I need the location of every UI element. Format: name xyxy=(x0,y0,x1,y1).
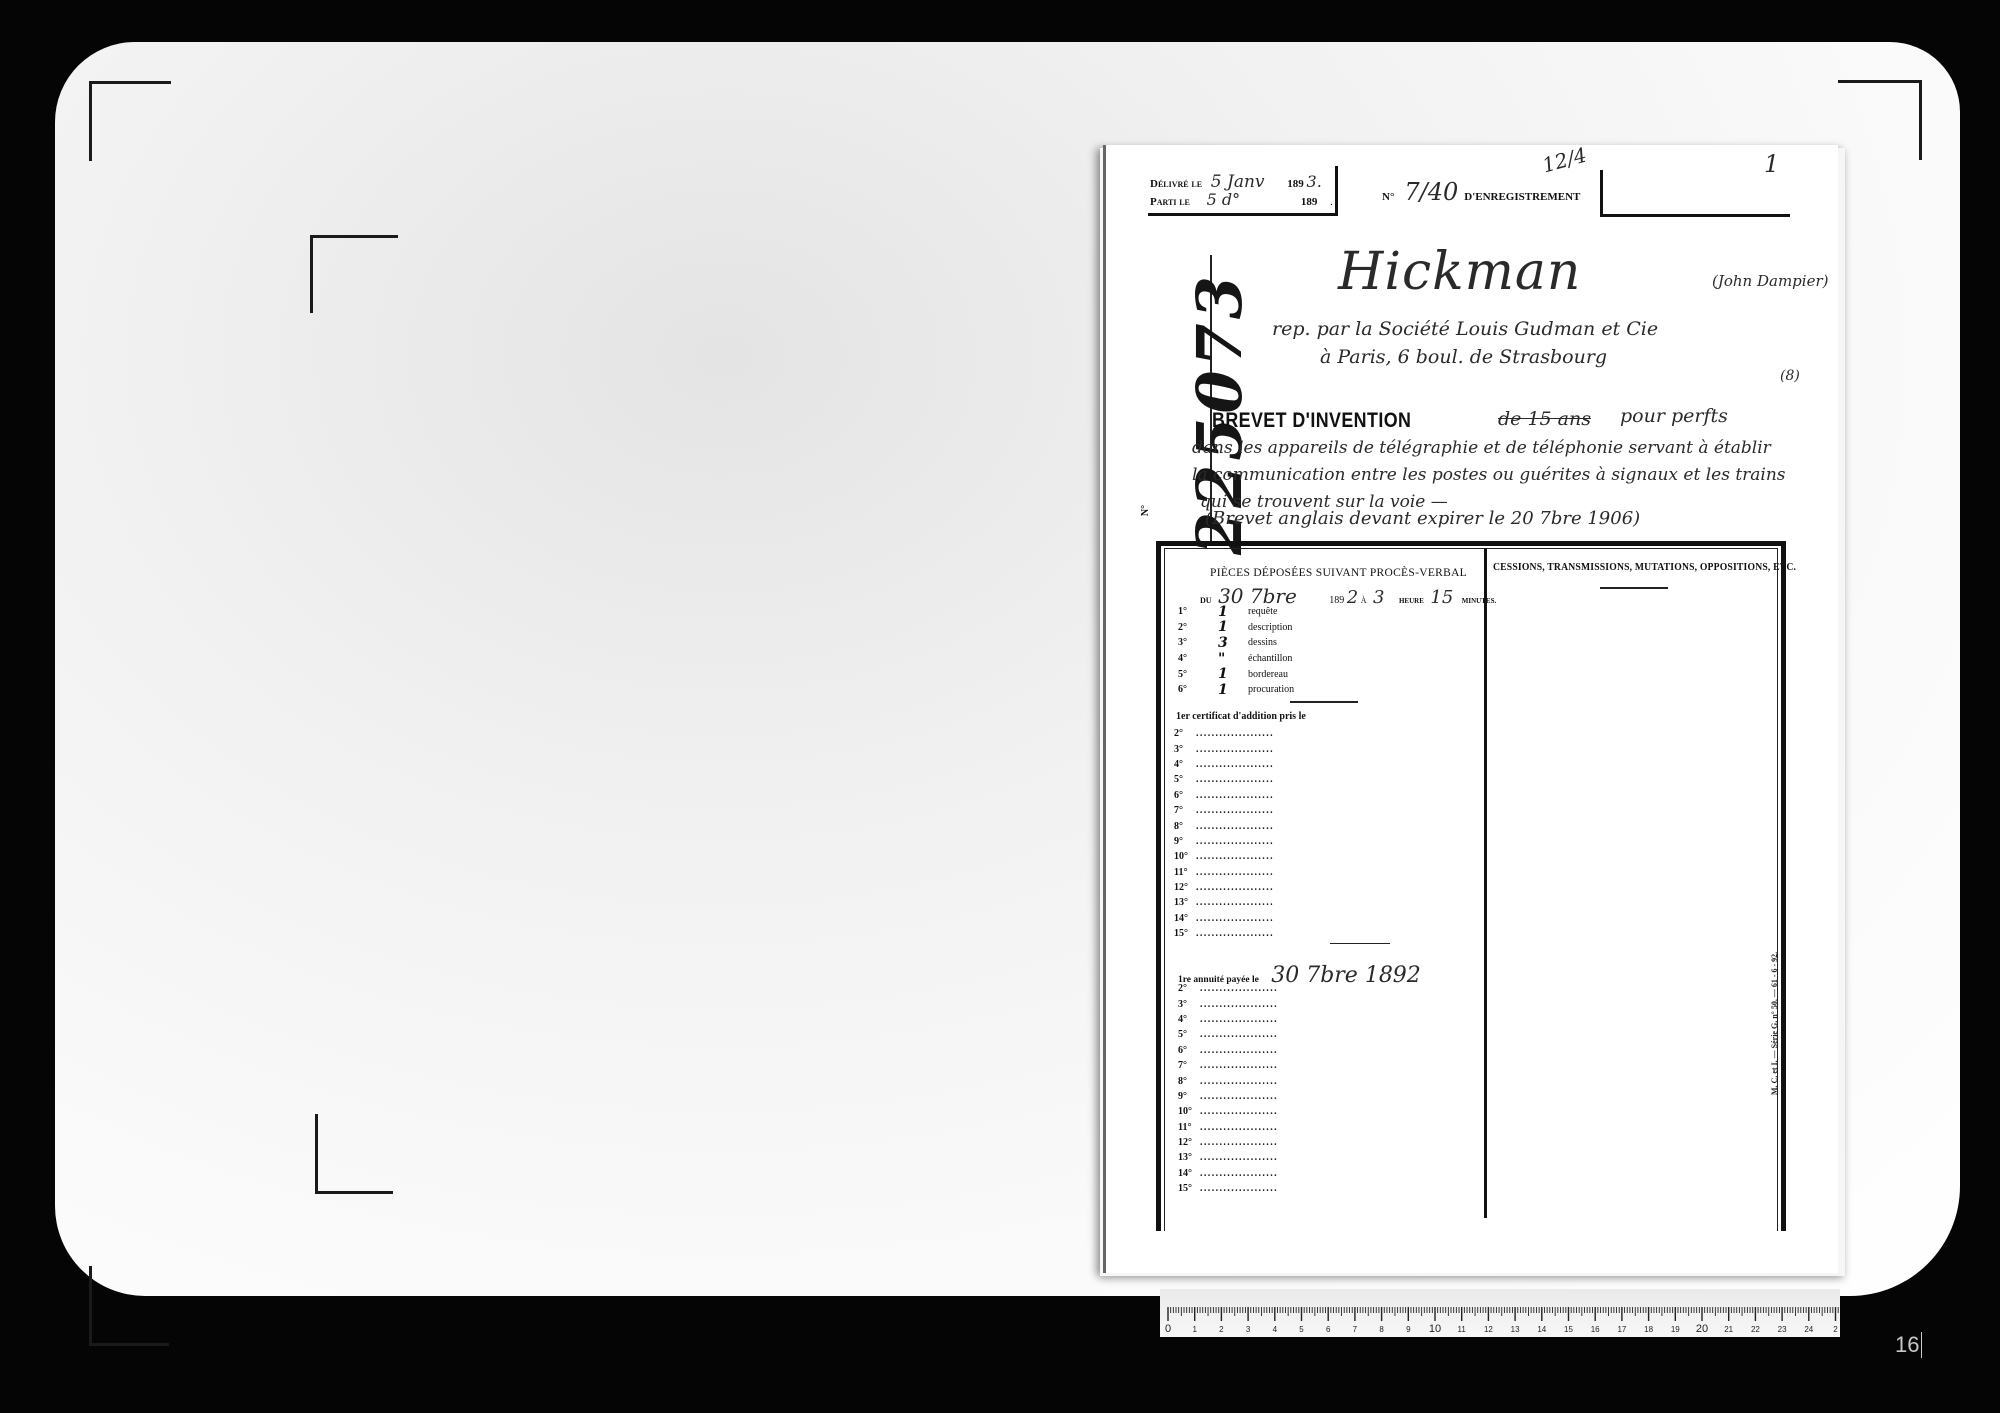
dotted-row: 7°.................... xyxy=(1178,1058,1278,1073)
parti-year-prefix: 189 xyxy=(1301,196,1318,208)
row-number: 8° xyxy=(1178,1076,1200,1087)
dot-leader: .................... xyxy=(1200,1152,1278,1163)
dotted-row: 3°.................... xyxy=(1178,996,1278,1011)
pieces-minutes-value: 15 xyxy=(1430,587,1453,608)
registration-box xyxy=(1600,170,1790,217)
row-number: 3° xyxy=(1178,999,1200,1010)
row-number: 7° xyxy=(1174,805,1196,816)
ruler-ticks: 0123456789101112131415161718192021222324… xyxy=(1160,1289,1840,1337)
svg-text:15: 15 xyxy=(1564,1325,1573,1334)
crop-mark-top-left-inner xyxy=(310,235,398,313)
dot-leader: .................... xyxy=(1196,728,1274,739)
row-number: 2° xyxy=(1174,728,1196,739)
crop-mark-bottom-left-outer xyxy=(89,1266,169,1346)
dot-leader: .................... xyxy=(1200,1060,1278,1071)
subject-line-1: dans les appareils de télégraphie et de … xyxy=(1192,438,1771,458)
svg-text:2: 2 xyxy=(1833,1325,1838,1334)
svg-text:18: 18 xyxy=(1644,1325,1653,1334)
parti-year-suffix: . xyxy=(1330,196,1333,208)
dotted-row: 13°.................... xyxy=(1178,1150,1278,1165)
crop-mark-top-right-outer xyxy=(1838,80,1922,160)
row-number: 9° xyxy=(1178,1091,1200,1102)
parti-value: 5 d° xyxy=(1207,190,1241,209)
certificat-first-label: 1er certificat d'addition pris le xyxy=(1176,711,1306,722)
dot-leader: .................... xyxy=(1200,999,1278,1010)
svg-text:13: 13 xyxy=(1511,1325,1520,1334)
dot-leader: .................... xyxy=(1200,1029,1278,1040)
dot-leader: .................... xyxy=(1196,744,1274,755)
annuite-first-value: 30 7bre 1892 xyxy=(1271,963,1421,988)
svg-text:10: 10 xyxy=(1429,1323,1441,1335)
subject-line-4: (Brevet anglais devant expirer le 20 7br… xyxy=(1205,508,1640,529)
row-number: 6° xyxy=(1174,790,1196,801)
dotted-row: 15°.................... xyxy=(1178,1181,1278,1196)
dot-leader: .................... xyxy=(1196,851,1274,862)
certificats-list: 2°....................3°................… xyxy=(1174,726,1274,941)
piece-num: 6° xyxy=(1178,684,1218,695)
delivre-row: Délivré le 5 Janv 189 3. xyxy=(1150,172,1322,192)
piece-row: 2°1description xyxy=(1178,620,1294,636)
dot-leader: .................... xyxy=(1200,1106,1278,1117)
delivre-label: Délivré le xyxy=(1150,178,1202,190)
row-number: 15° xyxy=(1174,928,1196,939)
dotted-row: 3°.................... xyxy=(1174,741,1274,756)
dot-leader: .................... xyxy=(1200,1168,1278,1179)
applicant-given-names: (John Dampier) xyxy=(1712,272,1828,290)
faint-page-number: 16 xyxy=(1895,1332,1922,1358)
dot-leader: .................... xyxy=(1200,1076,1278,1087)
dotted-row: 9°.................... xyxy=(1178,1089,1278,1104)
piece-num: 2° xyxy=(1178,622,1218,633)
dot-leader: .................... xyxy=(1196,836,1274,847)
row-number: 9° xyxy=(1174,836,1196,847)
dotted-row: 11°.................... xyxy=(1178,1120,1278,1135)
crop-mark-top-left-outer xyxy=(89,81,171,161)
dot-leader: .................... xyxy=(1196,928,1274,939)
piece-label: requête xyxy=(1248,606,1277,617)
representative-note: (8) xyxy=(1780,368,1800,384)
row-number: 15° xyxy=(1178,1183,1200,1194)
row-number: 5° xyxy=(1174,774,1196,785)
dot-leader: .................... xyxy=(1196,805,1274,816)
svg-text:7: 7 xyxy=(1353,1325,1358,1334)
scale-ruler: 0123456789101112131415161718192021222324… xyxy=(1160,1289,1840,1337)
row-number: 11° xyxy=(1178,1122,1200,1133)
dot-leader: .................... xyxy=(1196,913,1274,924)
dot-leader: .................... xyxy=(1196,882,1274,893)
svg-text:22: 22 xyxy=(1751,1325,1760,1334)
row-number: 14° xyxy=(1174,913,1196,924)
piece-num: 4° xyxy=(1178,653,1218,664)
svg-text:19: 19 xyxy=(1671,1325,1680,1334)
dot-leader: .................... xyxy=(1200,1091,1278,1102)
heure-label: HEURE xyxy=(1399,597,1424,605)
annuites-list: 2°....................3°................… xyxy=(1178,981,1278,1196)
column-divider xyxy=(1484,548,1487,1218)
representative-line-2: à Paris, 6 boul. de Strasbourg xyxy=(1320,346,1607,368)
svg-text:14: 14 xyxy=(1537,1325,1546,1334)
pieces-list: 1°1requête 2°1description 3°3dessins 4°"… xyxy=(1178,604,1294,698)
piece-count: 1 xyxy=(1218,604,1248,620)
svg-text:16: 16 xyxy=(1591,1325,1600,1334)
row-number: 11° xyxy=(1174,867,1196,878)
row-number: 4° xyxy=(1174,759,1196,770)
delivre-value: 5 Janv xyxy=(1211,172,1265,192)
piece-row: 1°1requête xyxy=(1178,604,1294,620)
row-number: 10° xyxy=(1174,851,1196,862)
printer-footer: M. C. et I. — Série G, n° 50. — 61 - 6 -… xyxy=(1770,895,1782,1095)
cessions-title: CESSIONS, TRANSMISSIONS, MUTATIONS, OPPO… xyxy=(1493,562,1796,573)
subject-line-0: pour perfts xyxy=(1620,405,1728,427)
row-number: 3° xyxy=(1174,744,1196,755)
certificats-separator xyxy=(1330,943,1390,944)
svg-text:21: 21 xyxy=(1724,1325,1733,1334)
subject-line-2: la communication entre les postes ou gué… xyxy=(1192,465,1786,485)
parti-row: Parti le 5 d° 189 . xyxy=(1150,190,1333,209)
a-label: À xyxy=(1361,596,1367,605)
pieces-separator xyxy=(1290,701,1358,703)
dot-leader: .................... xyxy=(1200,1137,1278,1148)
piece-count: 1 xyxy=(1218,666,1248,682)
registration-prefix: N° xyxy=(1382,191,1394,203)
dotted-row: 8°.................... xyxy=(1174,818,1274,833)
svg-text:17: 17 xyxy=(1617,1325,1626,1334)
dot-leader: .................... xyxy=(1200,983,1278,994)
svg-text:12: 12 xyxy=(1484,1325,1493,1334)
svg-text:9: 9 xyxy=(1406,1325,1411,1334)
row-number: 7° xyxy=(1178,1060,1200,1071)
patent-number-prefix: N° xyxy=(1140,505,1151,516)
svg-text:5: 5 xyxy=(1299,1325,1304,1334)
dot-leader: .................... xyxy=(1196,897,1274,908)
row-number: 2° xyxy=(1178,983,1200,994)
piece-count: 1 xyxy=(1218,682,1248,698)
pieces-year-suffix: 2 xyxy=(1347,587,1358,608)
registration-value: 7/40 xyxy=(1404,178,1458,206)
piece-label: échantillon xyxy=(1248,653,1292,664)
svg-text:6: 6 xyxy=(1326,1325,1331,1334)
applicant-name: Hickman xyxy=(1338,242,1581,302)
dot-leader: .................... xyxy=(1200,1183,1278,1194)
row-number: 12° xyxy=(1174,882,1196,893)
struck-duration: de 15 ans xyxy=(1498,408,1591,430)
registration-label: D'ENREGISTREMENT xyxy=(1464,191,1580,203)
row-number: 14° xyxy=(1178,1168,1200,1179)
piece-count: 3 xyxy=(1218,635,1248,651)
dotted-row: 9°.................... xyxy=(1174,834,1274,849)
piece-num: 3° xyxy=(1178,637,1218,648)
dotted-row: 6°.................... xyxy=(1178,1043,1278,1058)
piece-row: 3°3dessins xyxy=(1178,635,1294,651)
piece-label: procuration xyxy=(1248,684,1294,695)
dot-leader: .................... xyxy=(1196,759,1274,770)
dotted-row: 5°.................... xyxy=(1174,772,1274,787)
crop-mark-bottom-left-inner xyxy=(315,1114,393,1194)
svg-text:4: 4 xyxy=(1273,1325,1278,1334)
dotted-row: 15°.................... xyxy=(1174,926,1274,941)
dotted-row: 12°.................... xyxy=(1174,880,1274,895)
pieces-title: PIÈCES DÉPOSÉES SUIVANT PROCÈS-VERBAL xyxy=(1210,567,1467,579)
delivre-year-prefix: 189 xyxy=(1287,178,1304,190)
row-number: 4° xyxy=(1178,1014,1200,1025)
dotted-row: 13°.................... xyxy=(1174,895,1274,910)
row-number: 6° xyxy=(1178,1045,1200,1056)
dot-leader: .................... xyxy=(1196,790,1274,801)
svg-text:23: 23 xyxy=(1778,1325,1787,1334)
dotted-row: 11°.................... xyxy=(1174,865,1274,880)
dotted-row: 14°.................... xyxy=(1174,911,1274,926)
piece-row: 6°1procuration xyxy=(1178,682,1294,698)
piece-label: bordereau xyxy=(1248,669,1288,680)
cessions-separator xyxy=(1600,587,1668,589)
piece-count: " xyxy=(1218,651,1248,667)
dotted-row: 12°.................... xyxy=(1178,1135,1278,1150)
piece-label: dessins xyxy=(1248,637,1277,648)
registration-row: N° 7/40 D'ENREGISTREMENT xyxy=(1382,178,1580,206)
dot-leader: .................... xyxy=(1196,867,1274,878)
brevet-title: BREVET D'INVENTION xyxy=(1212,409,1411,433)
svg-text:1: 1 xyxy=(1192,1325,1197,1334)
row-number: 8° xyxy=(1174,821,1196,832)
dotted-row: 5°.................... xyxy=(1178,1027,1278,1042)
dotted-row: 4°.................... xyxy=(1174,757,1274,772)
dot-leader: .................... xyxy=(1196,774,1274,785)
minutes-label: MINUTES. xyxy=(1462,597,1496,605)
page-marker: 1 xyxy=(1764,150,1779,178)
row-number: 10° xyxy=(1178,1106,1200,1117)
row-number: 13° xyxy=(1178,1152,1200,1163)
svg-text:2: 2 xyxy=(1219,1325,1224,1334)
dot-leader: .................... xyxy=(1200,1122,1278,1133)
dotted-row: 8°.................... xyxy=(1178,1073,1278,1088)
dot-leader: .................... xyxy=(1200,1045,1278,1056)
svg-text:11: 11 xyxy=(1458,1325,1467,1334)
piece-num: 5° xyxy=(1178,669,1218,680)
dotted-row: 14°.................... xyxy=(1178,1166,1278,1181)
piece-count: 1 xyxy=(1218,619,1248,635)
dotted-row: 10°.................... xyxy=(1178,1104,1278,1119)
dotted-row: 2°.................... xyxy=(1174,726,1274,741)
piece-label: description xyxy=(1248,622,1292,633)
row-number: 13° xyxy=(1174,897,1196,908)
svg-text:0: 0 xyxy=(1165,1323,1171,1335)
svg-text:24: 24 xyxy=(1804,1325,1813,1334)
dotted-row: 4°.................... xyxy=(1178,1012,1278,1027)
svg-text:8: 8 xyxy=(1379,1325,1384,1334)
svg-text:20: 20 xyxy=(1696,1323,1708,1335)
delivre-year-suffix: 3. xyxy=(1307,172,1322,191)
piece-row: 4°"échantillon xyxy=(1178,651,1294,667)
row-number: 5° xyxy=(1178,1029,1200,1040)
dotted-row: 10°.................... xyxy=(1174,849,1274,864)
svg-text:3: 3 xyxy=(1246,1325,1251,1334)
parti-label: Parti le xyxy=(1150,196,1190,208)
dotted-row: 7°.................... xyxy=(1174,803,1274,818)
pieces-year-prefix: 189 xyxy=(1329,595,1344,606)
dot-leader: .................... xyxy=(1196,821,1274,832)
dot-leader: .................... xyxy=(1200,1014,1278,1025)
dotted-row: 6°.................... xyxy=(1174,788,1274,803)
piece-num: 1° xyxy=(1178,606,1218,617)
row-number: 12° xyxy=(1178,1137,1200,1148)
pieces-hour-value: 3 xyxy=(1373,587,1384,608)
representative-line-1: rep. par la Société Louis Gudman et Cie xyxy=(1272,318,1658,340)
piece-row: 5°1bordereau xyxy=(1178,666,1294,682)
dotted-row: 2°.................... xyxy=(1178,981,1278,996)
